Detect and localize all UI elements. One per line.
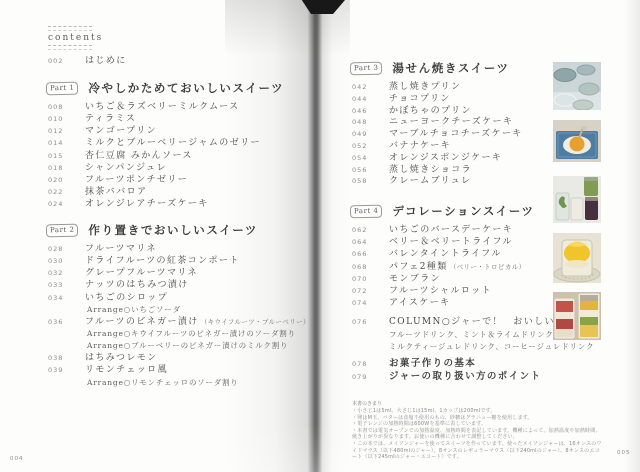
toc-page-number: 054 bbox=[352, 153, 389, 165]
folio-left: 004 bbox=[10, 456, 24, 462]
toc-item-title: はちみつレモン bbox=[85, 352, 158, 364]
toc-page-number: 020 bbox=[48, 174, 85, 186]
part1-badge: Part 1 bbox=[46, 81, 79, 95]
toc-item-title: いちごのシロップ bbox=[85, 292, 168, 304]
part4-list: 062 いちごのバースデーケーキ 064 ベリー＆ベリートライフル 066 バレ… bbox=[352, 224, 526, 309]
toc-item-title: ティラミス bbox=[85, 113, 136, 125]
toc-page-number: 024 bbox=[48, 198, 85, 210]
toc-item-title: グレープフルーツマリネ bbox=[85, 267, 198, 279]
contents-header: contents bbox=[48, 24, 92, 52]
toc-page-number: 068 bbox=[352, 261, 389, 273]
toc-row: 028 フルーツマリネ bbox=[48, 243, 310, 255]
part1-title: 冷やしかためておいしいスイーツ bbox=[88, 80, 284, 96]
ornament-line-bottom bbox=[48, 45, 92, 50]
toc-item-title: ナッツのはちみつ漬け bbox=[85, 279, 189, 291]
toc-row: 014 ミルクとブルーベリージャムのゼリー bbox=[48, 137, 263, 149]
part2-list: 028 フルーツマリネ 030 ドライフルーツの紅茶コンポート 032 グレープ… bbox=[48, 243, 310, 389]
part3-badge: Part 3 bbox=[350, 61, 383, 75]
toc-item-title: アイスケーキ bbox=[389, 297, 451, 309]
toc-row: 054 オレンジスポンジケーキ bbox=[352, 153, 525, 165]
toc-row: 008 いちご＆ラズベリーミルクムース bbox=[48, 101, 263, 113]
toc-item-title: はじめに bbox=[85, 53, 127, 66]
toc-page-number: 078 bbox=[352, 358, 389, 371]
part2-title: 作り置きでおいしいスイーツ bbox=[88, 222, 258, 238]
toc-page-number: 015 bbox=[48, 150, 85, 162]
notes-line: ・本書では電気オーブンでの加熱温度、加熱時間を表記しています。機種によって、加熱… bbox=[352, 428, 604, 441]
toc-arrange-line: Arrange○キウイフルーツのビネガー漬けのソーダ割り bbox=[87, 328, 296, 340]
toc-item-title: オレンジスポンジケーキ bbox=[389, 153, 502, 165]
part3-list: 042 蒸し焼きプリン 044 チョコプリン 046 かぼちゃのプリン bbox=[352, 82, 525, 188]
toc-row: 056 蒸し焼きショコラ bbox=[352, 165, 525, 177]
notes-heading: 本書のきまり bbox=[352, 401, 604, 408]
toc-item-title: バレンタイントライフル bbox=[389, 248, 502, 260]
toc-item-title: モンブラン bbox=[389, 273, 441, 285]
part3-header: Part 3 湯せん焼きスイーツ bbox=[350, 60, 510, 76]
toc-row: 072 フルーツシャルロット bbox=[352, 285, 526, 297]
toc-page-number: 052 bbox=[352, 141, 389, 153]
toc-row: Arrange○キウイフルーツのビネガー漬けのソーダ割り bbox=[48, 328, 310, 340]
toc-row: 064 ベリー＆ベリートライフル bbox=[352, 236, 526, 248]
drink-jars-photo bbox=[553, 176, 601, 223]
toc-item-title: バナナケーキ bbox=[389, 141, 451, 153]
basics-list: 078 お菓子作りの基本 079 ジャーの取り扱い方のポイント bbox=[352, 358, 541, 383]
part3-title: 湯せん焼きスイーツ bbox=[392, 60, 509, 76]
book-spread: contents 002 はじめに Part 1 冷やしかためておいしいスイーツ… bbox=[0, 0, 640, 472]
toc-page-number: 018 bbox=[48, 162, 85, 174]
toc-page-number: 012 bbox=[48, 125, 85, 137]
part1-list: 008 いちご＆ラズベリーミルクムース 010 ティラミス 012 マンゴープリ… bbox=[48, 101, 263, 210]
toc-page-number: 048 bbox=[352, 117, 389, 129]
toc-row: 044 チョコプリン bbox=[352, 94, 525, 106]
toc-page-number: 034 bbox=[48, 292, 85, 304]
toc-item-title: フルーツのビネガー漬け bbox=[85, 316, 199, 328]
part1-header: Part 1 冷やしかためておいしいスイーツ bbox=[46, 80, 284, 96]
contents-label: contents bbox=[48, 33, 103, 43]
toc-row: 048 ニューヨークチーズケーキ bbox=[352, 117, 525, 129]
toc-page-number: 062 bbox=[352, 224, 389, 236]
toc-row: 034 いちごのシロップ bbox=[48, 292, 310, 304]
toc-row: 036 フルーツのビネガー漬け （キウイフルーツ・ブルーベリー） bbox=[48, 316, 310, 328]
fruit-parfait-jars-photo bbox=[553, 292, 601, 340]
toc-item-title: ドライフルーツの紅茶コンポート bbox=[85, 255, 240, 267]
jar-lids-photo bbox=[553, 62, 601, 110]
toc-item-title: フルーツシャルロット bbox=[389, 285, 492, 297]
left-page: contents 002 はじめに Part 1 冷やしかためておいしいスイーツ… bbox=[46, 0, 328, 472]
toc-row: 012 マンゴープリン bbox=[48, 125, 263, 137]
toc-page-number: 028 bbox=[48, 243, 85, 255]
toc-item-note: （キウイフルーツ・ブルーベリー） bbox=[201, 316, 310, 328]
column-subline: ミルクティージュレドリンク、コーヒージュレドリンク bbox=[389, 341, 596, 353]
toc-row: Arrange○いちごソーダ bbox=[48, 304, 310, 316]
toc-page-number: 039 bbox=[48, 364, 85, 376]
toc-row: 020 フルーツポンチゼリー bbox=[48, 174, 263, 186]
notes-line: ・小さじ1は5ml、大さじ1は15ml、1カップは200mlです。 bbox=[352, 408, 604, 415]
toc-page-number: 038 bbox=[48, 352, 85, 364]
toc-item-title: チョコプリン bbox=[389, 94, 451, 106]
toc-item-title: かぼちゃのプリン bbox=[389, 106, 472, 118]
toc-row: 062 いちごのバースデーケーキ bbox=[352, 224, 526, 236]
toc-page-number: 049 bbox=[352, 129, 389, 141]
folio-right: 005 bbox=[617, 450, 631, 456]
toc-row: 078 お菓子作りの基本 bbox=[352, 358, 541, 371]
toc-row: 033 ナッツのはちみつ漬け bbox=[48, 279, 310, 291]
toc-item-title: お菓子作りの基本 bbox=[389, 358, 476, 371]
notes-line: ・電子レンジの加熱時間は600Wを基準に表しています。 bbox=[352, 421, 604, 428]
toc-page-number: 076 bbox=[352, 316, 389, 329]
toc-row: 018 シャンパンジュレ bbox=[48, 162, 263, 174]
toc-arrange-line: Arrange○いちごソーダ bbox=[87, 304, 181, 316]
toc-row: 038 はちみつレモン bbox=[48, 352, 310, 364]
toc-item-title: リモンチェッロ風 bbox=[85, 364, 168, 376]
toc-row: Arrange○リモンチェッロのソーダ割り bbox=[48, 377, 310, 389]
toc-row: 032 グレープフルーツマリネ bbox=[48, 267, 310, 279]
toc-row: 074 アイスケーキ bbox=[352, 297, 526, 309]
toc-row: 058 クレームブリュレ bbox=[352, 176, 525, 188]
page-edge-shadow bbox=[624, 0, 640, 472]
toc-page-number: 022 bbox=[48, 186, 85, 198]
toc-page-number: 074 bbox=[352, 297, 389, 309]
toc-row: 039 リモンチェッロ風 bbox=[48, 364, 310, 376]
toc-page-number: 079 bbox=[352, 371, 389, 384]
yellow-dessert-jar-photo bbox=[553, 233, 601, 283]
toc-item-title: いちご＆ラズベリーミルクムース bbox=[85, 101, 239, 113]
toc-item-title: 蒸し焼きショコラ bbox=[389, 165, 472, 177]
toc-row: 022 抹茶ババロア bbox=[48, 186, 263, 198]
toc-row: 049 マーブルチョコチーズケーキ bbox=[352, 129, 525, 141]
toc-page-number: 070 bbox=[352, 273, 389, 285]
toc-item-title: オレンジレアチーズケーキ bbox=[85, 198, 209, 210]
toc-row: 068 パフェ2種類 （ベリー・トロピカル） bbox=[352, 261, 526, 273]
toc-row: 052 バナナケーキ bbox=[352, 141, 525, 153]
toc-page-number: 066 bbox=[352, 248, 389, 260]
toc-row: 024 オレンジレアチーズケーキ bbox=[48, 198, 263, 210]
toc-item-note: （ベリー・トロピカル） bbox=[450, 261, 526, 273]
toc-item-title: ベリー＆ベリートライフル bbox=[389, 236, 513, 248]
orange-pudding-photo bbox=[553, 120, 601, 162]
toc-item-title: パフェ2種類 bbox=[389, 261, 448, 273]
toc-page-number: 008 bbox=[48, 101, 85, 113]
toc-row: 030 ドライフルーツの紅茶コンポート bbox=[48, 255, 310, 267]
toc-item-title: マンゴープリン bbox=[85, 125, 157, 137]
toc-item-title: シャンパンジュレ bbox=[85, 162, 167, 174]
toc-row: Arrange○ブルーベリーのビネガー漬けのミルク割り bbox=[48, 340, 310, 352]
toc-arrange-line: Arrange○リモンチェッロのソーダ割り bbox=[87, 377, 239, 389]
toc-page-number: 056 bbox=[352, 165, 389, 177]
toc-row: 046 かぼちゃのプリン bbox=[352, 106, 525, 118]
toc-page-number: 010 bbox=[48, 113, 85, 125]
toc-item-title: ニューヨークチーズケーキ bbox=[389, 117, 513, 129]
toc-item-title: クレームブリュレ bbox=[389, 176, 472, 188]
toc-row: 070 モンブラン bbox=[352, 273, 526, 285]
toc-page-number: 042 bbox=[352, 82, 389, 94]
toc-row: 079 ジャーの取り扱い方のポイント bbox=[352, 371, 541, 384]
toc-page-number: 036 bbox=[48, 316, 85, 328]
part4-badge: Part 4 bbox=[350, 204, 383, 218]
toc-row-intro: 002 はじめに bbox=[48, 53, 127, 66]
toc-page-number: 064 bbox=[352, 236, 389, 248]
toc-item-title: フルーツポンチゼリー bbox=[85, 174, 188, 186]
part2-header: Part 2 作り置きでおいしいスイーツ bbox=[46, 222, 258, 238]
toc-page-number: 058 bbox=[352, 176, 389, 188]
notes-line: ・この本では、メイソンジャーを使ってスイーツを作っています。使ったメイソンジャー… bbox=[352, 441, 604, 461]
toc-item-title: 抹茶ババロア bbox=[85, 186, 147, 198]
part4-title: デコレーションスイーツ bbox=[392, 203, 534, 219]
toc-page-number: 072 bbox=[352, 285, 389, 297]
toc-page-number: 002 bbox=[48, 57, 85, 65]
toc-arrange-line: Arrange○ブルーベリーのビネガー漬けのミルク割り bbox=[87, 340, 288, 352]
toc-item-title: フルーツマリネ bbox=[85, 243, 157, 255]
ornament-line-top bbox=[48, 26, 92, 31]
toc-page-number: 033 bbox=[48, 279, 85, 291]
part4-header: Part 4 デコレーションスイーツ bbox=[350, 203, 535, 219]
toc-item-title: 杏仁豆腐 みかんソース bbox=[85, 150, 193, 162]
usage-notes: 本書のきまり ・小さじ1は5ml、大さじ1は15ml、1カップは200mlです。… bbox=[352, 401, 604, 461]
toc-item-title: ミルクとブルーベリージャムのゼリー bbox=[85, 137, 261, 149]
toc-page-number: 030 bbox=[48, 255, 85, 267]
toc-row: 015 杏仁豆腐 みかんソース bbox=[48, 150, 263, 162]
toc-page-number: 046 bbox=[352, 106, 389, 118]
toc-row: 010 ティラミス bbox=[48, 113, 263, 125]
toc-item-title: 蒸し焼きプリン bbox=[389, 82, 461, 94]
toc-page-number: 044 bbox=[352, 94, 389, 106]
toc-item-title: マーブルチョコチーズケーキ bbox=[389, 129, 523, 141]
toc-row: 042 蒸し焼きプリン bbox=[352, 82, 525, 94]
part2-badge: Part 2 bbox=[46, 223, 79, 237]
toc-page-number: 032 bbox=[48, 267, 85, 279]
toc-item-title: ジャーの取り扱い方のポイント bbox=[389, 371, 541, 384]
toc-row: 066 バレンタイントライフル bbox=[352, 248, 526, 260]
toc-item-title: いちごのバースデーケーキ bbox=[389, 224, 513, 236]
toc-page-number: 014 bbox=[48, 137, 85, 149]
